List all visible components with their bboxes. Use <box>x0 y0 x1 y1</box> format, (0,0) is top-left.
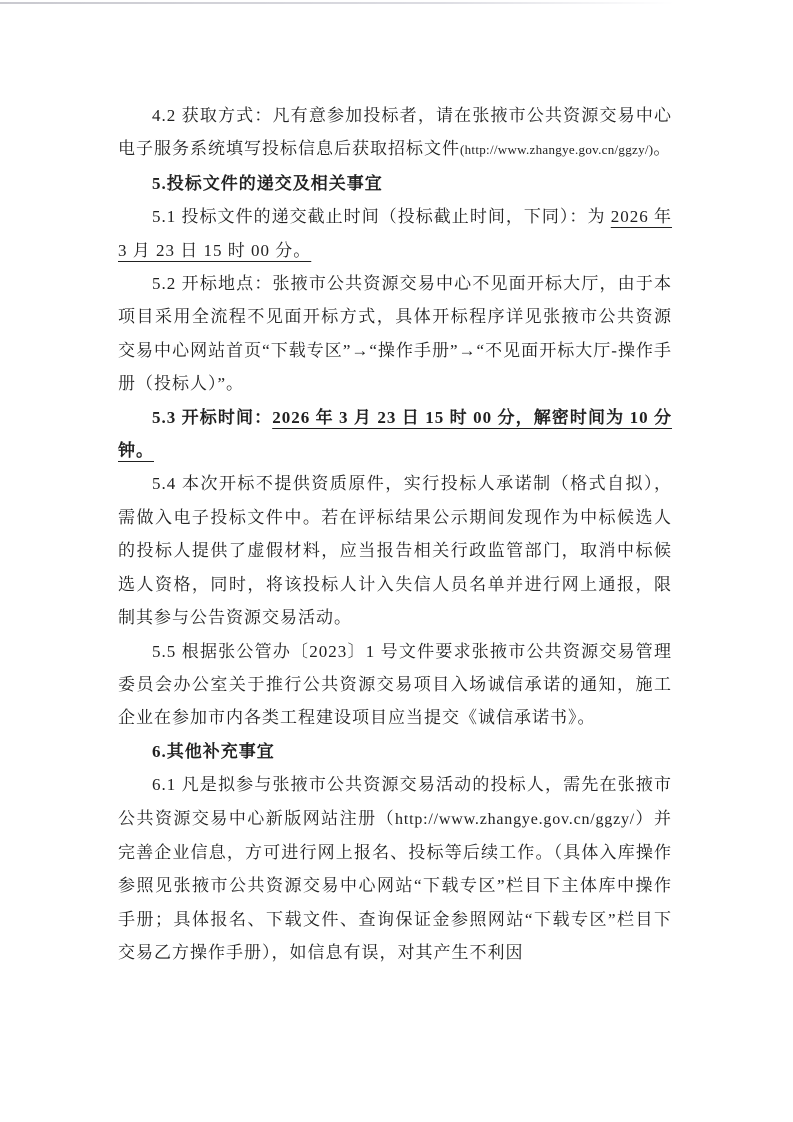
para-5-2-opening-location: 5.2 开标地点：张掖市公共资源交易中心不见面开标大厅，由于本项目采用全流程不见… <box>118 267 672 401</box>
heading-6-other-matters: 6.其他补充事宜 <box>118 735 672 768</box>
text-run: 5.3 开标时间： <box>152 408 272 427</box>
document-body: 4.2 获取方式：凡有意参加投标者，请在张掖市公共资源交易中心电子服务系统填写投… <box>118 99 672 970</box>
text-run: 5.1 投标文件的递交截止时间（投标截止时间，下同）：为 <box>152 207 611 226</box>
para-5-5-integrity-letter: 5.5 根据张公管办〔2023〕1 号文件要求张掖市公共资源交易管理委员会办公室… <box>118 635 672 735</box>
para-5-1-deadline: 5.1 投标文件的递交截止时间（投标截止时间，下同）：为 2026 年 3 月 … <box>118 200 672 267</box>
text-run: 5.4 本次开标不提供资质原件，实行投标人承诺制（格式自拟），需做入电子投标文件… <box>118 474 672 627</box>
heading-5-bid-submission: 5.投标文件的递交及相关事宜 <box>118 167 672 200</box>
text-run: 5.5 根据张公管办〔2023〕1 号文件要求张掖市公共资源交易管理委员会办公室… <box>118 642 672 728</box>
text-run: 5.2 开标地点：张掖市公共资源交易中心不见面开标大厅，由于本项目采用全流程不见… <box>118 274 672 393</box>
document-page: 4.2 获取方式：凡有意参加投标者，请在张掖市公共资源交易中心电子服务系统填写投… <box>0 0 793 1122</box>
para-6-1-registration: 6.1 凡是拟参与张掖市公共资源交易活动的投标人，需先在张掖市公共资源交易中心新… <box>118 768 672 969</box>
text-run: ）并完善企业信息，方可进行网上报名、投标等后续工作。（具体入库操作参照见张掖市公… <box>118 809 672 963</box>
url-text: (http://www.zhangye.gov.cn/ggzy/) <box>460 142 653 157</box>
para-5-3-opening-time: 5.3 开标时间：2026 年 3 月 23 日 15 时 00 分，解密时间为… <box>118 401 672 468</box>
text-run: 5.投标文件的递交及相关事宜 <box>152 174 383 193</box>
url-text: http://www.zhangye.gov.cn/ggzy/ <box>395 811 635 828</box>
para-4-2-obtain-method: 4.2 获取方式：凡有意参加投标者，请在张掖市公共资源交易中心电子服务系统填写投… <box>118 99 672 167</box>
para-5-4-commitment: 5.4 本次开标不提供资质原件，实行投标人承诺制（格式自拟），需做入电子投标文件… <box>118 467 672 634</box>
scan-edge-artifact <box>0 2 793 4</box>
text-run: 。 <box>653 139 671 158</box>
text-run: 6.其他补充事宜 <box>152 742 275 761</box>
